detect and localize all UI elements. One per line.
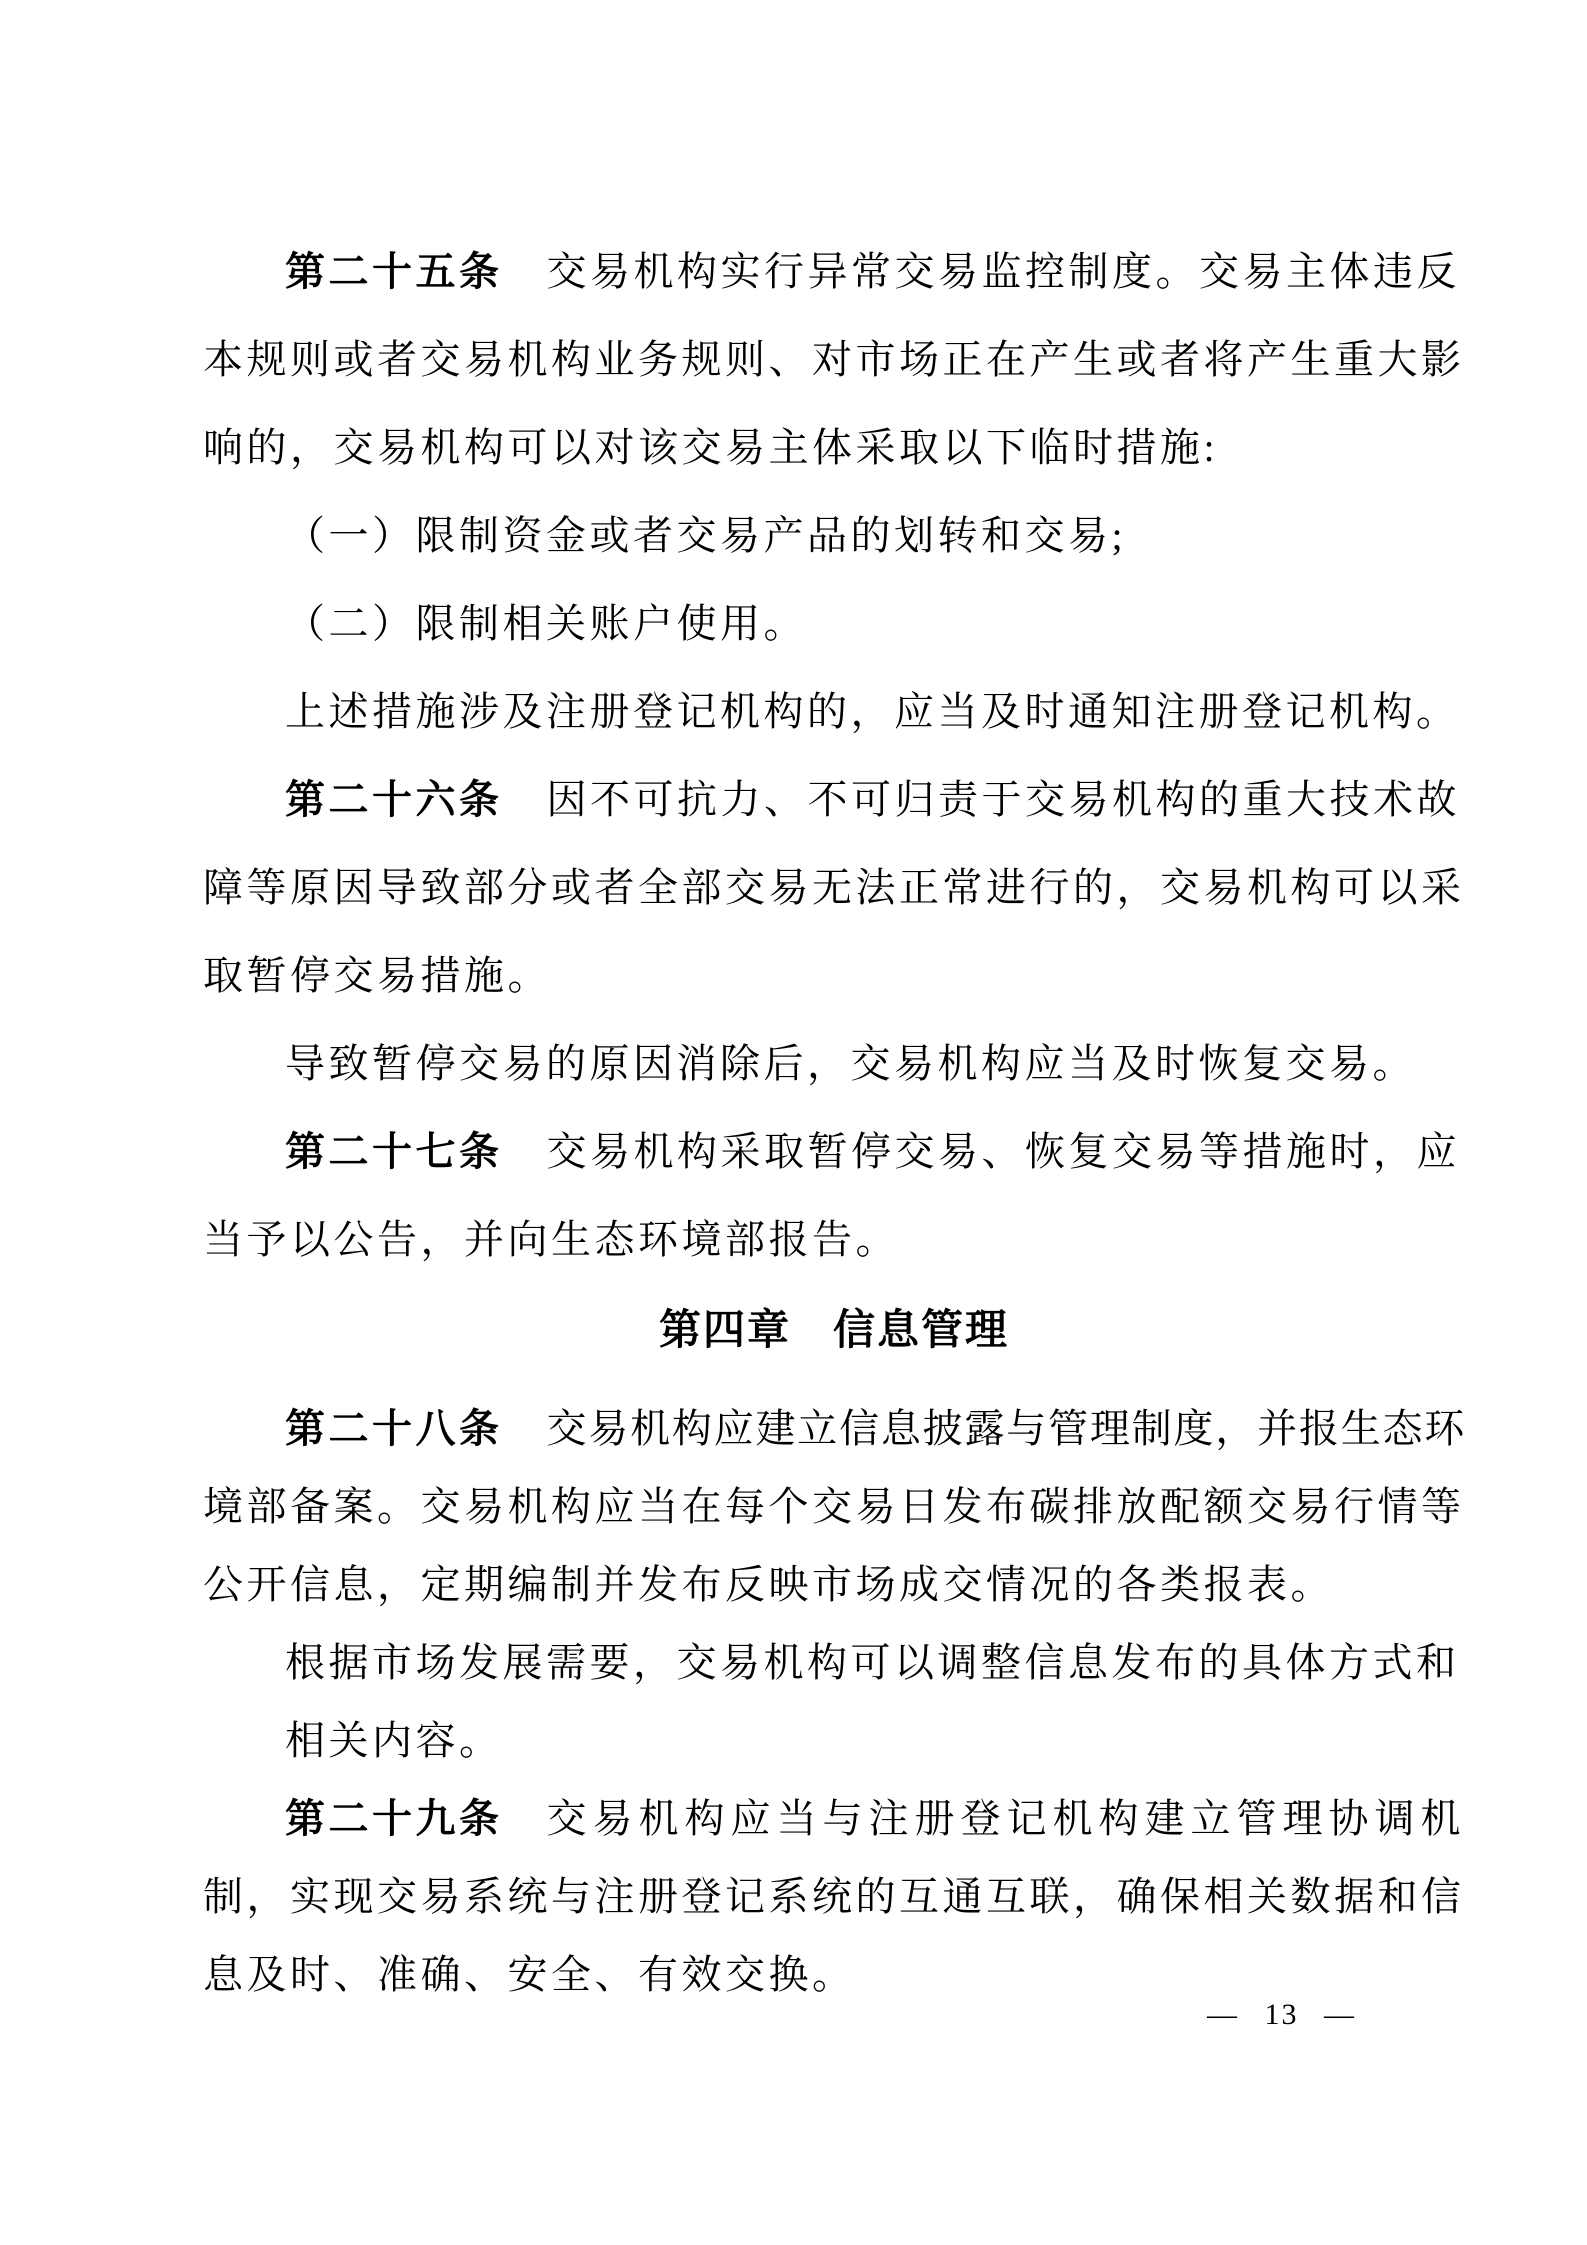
line-text: 交易机构实行异常交易监控制度。交易主体违反 bbox=[547, 249, 1461, 294]
body-line: 导致暂停交易的原因消除后，交易机构应当及时恢复交易。 bbox=[203, 1020, 1503, 1108]
line-text: 导致暂停交易的原因消除后，交易机构应当及时恢复交易。 bbox=[285, 1041, 1416, 1086]
line-text: 交易机构应当与注册登记机构建立管理协调机 bbox=[547, 1796, 1467, 1841]
body-line: （一）限制资金或者交易产品的划转和交易; bbox=[203, 492, 1503, 580]
body-line: （二）限制相关账户使用。 bbox=[203, 580, 1503, 668]
body-line: 本规则或者交易机构业务规则、对市场正在产生或者将产生重大影 bbox=[203, 316, 1503, 404]
page-body: 第二十五条交易机构实行异常交易监控制度。交易主体违反 本规则或者交易机构业务规则… bbox=[203, 228, 1503, 2014]
body-line: 第二十六条因不可抗力、不可归责于交易机构的重大技术故 bbox=[203, 756, 1503, 844]
body-line: 第二十八条交易机构应建立信息披露与管理制度，并报生态环 bbox=[203, 1390, 1503, 1468]
line-text: 本规则或者交易机构业务规则、对市场正在产生或者将产生重大影 bbox=[203, 337, 1465, 382]
line-text: 根据市场发展需要，交易机构可以调整信息发布的具体方式和 bbox=[285, 1640, 1460, 1685]
line-text: （一）限制资金或者交易产品的划转和交易; bbox=[285, 513, 1126, 558]
article-number: 第二十六条 bbox=[285, 778, 503, 822]
body-line: 取暂停交易措施。 bbox=[203, 932, 1503, 1020]
line-text: 响的，交易机构可以对该交易主体采取以下临时措施: bbox=[203, 425, 1218, 470]
body-line: 第二十七条交易机构采取暂停交易、恢复交易等措施时，应 bbox=[203, 1108, 1503, 1196]
article-number: 第二十七条 bbox=[285, 1130, 503, 1174]
article-number: 第二十五条 bbox=[285, 250, 503, 294]
line-text: 取暂停交易措施。 bbox=[203, 953, 551, 998]
body-line: 响的，交易机构可以对该交易主体采取以下临时措施: bbox=[203, 404, 1503, 492]
body-line: 境部备案。交易机构应当在每个交易日发布碳排放配额交易行情等 bbox=[203, 1468, 1503, 1546]
line-text: 因不可抗力、不可归责于交易机构的重大技术故 bbox=[547, 777, 1461, 822]
line-text: 交易机构采取暂停交易、恢复交易等措施时，应 bbox=[547, 1129, 1461, 1174]
body-line: 制，实现交易系统与注册登记系统的互通互联，确保相关数据和信 bbox=[203, 1858, 1503, 1936]
body-line: 第二十九条交易机构应当与注册登记机构建立管理协调机 bbox=[203, 1780, 1503, 1858]
chapter-title: 信息管理 bbox=[833, 1306, 1009, 1353]
page-number: — 13 — bbox=[1207, 1998, 1356, 2032]
line-text: 相关内容。 bbox=[285, 1718, 503, 1763]
line-text: 境部备案。交易机构应当在每个交易日发布碳排放配额交易行情等 bbox=[203, 1484, 1465, 1529]
body-line: 第二十五条交易机构实行异常交易监控制度。交易主体违反 bbox=[203, 228, 1503, 316]
body-line: 相关内容。 bbox=[203, 1702, 1503, 1780]
article-number: 第二十九条 bbox=[285, 1797, 503, 1841]
body-line: 公开信息，定期编制并发布反映市场成交情况的各类报表。 bbox=[203, 1546, 1503, 1624]
line-text: 当予以公告，并向生态环境部报告。 bbox=[203, 1217, 899, 1262]
line-text: 上述措施涉及注册登记机构的，应当及时通知注册登记机构。 bbox=[285, 689, 1460, 734]
document-page: 第二十五条交易机构实行异常交易监控制度。交易主体违反 本规则或者交易机构业务规则… bbox=[0, 0, 1587, 2245]
body-line: 上述措施涉及注册登记机构的，应当及时通知注册登记机构。 bbox=[203, 668, 1503, 756]
body-line: 根据市场发展需要，交易机构可以调整信息发布的具体方式和 bbox=[203, 1624, 1503, 1702]
chapter-heading: 第四章信息管理 bbox=[203, 1286, 1465, 1374]
line-text: （二）限制相关账户使用。 bbox=[285, 601, 807, 646]
line-text: 息及时、准确、安全、有效交换。 bbox=[203, 1952, 856, 1997]
body-line: 障等原因导致部分或者全部交易无法正常进行的，交易机构可以采 bbox=[203, 844, 1503, 932]
line-text: 制，实现交易系统与注册登记系统的互通互联，确保相关数据和信 bbox=[203, 1874, 1465, 1919]
line-text: 交易机构应建立信息披露与管理制度，并报生态环 bbox=[547, 1406, 1467, 1451]
line-text: 障等原因导致部分或者全部交易无法正常进行的，交易机构可以采 bbox=[203, 865, 1465, 910]
body-line: 当予以公告，并向生态环境部报告。 bbox=[203, 1196, 1503, 1284]
line-text: 公开信息，定期编制并发布反映市场成交情况的各类报表。 bbox=[203, 1562, 1334, 1607]
chapter-number: 第四章 bbox=[659, 1306, 791, 1353]
article-number: 第二十八条 bbox=[285, 1407, 503, 1451]
